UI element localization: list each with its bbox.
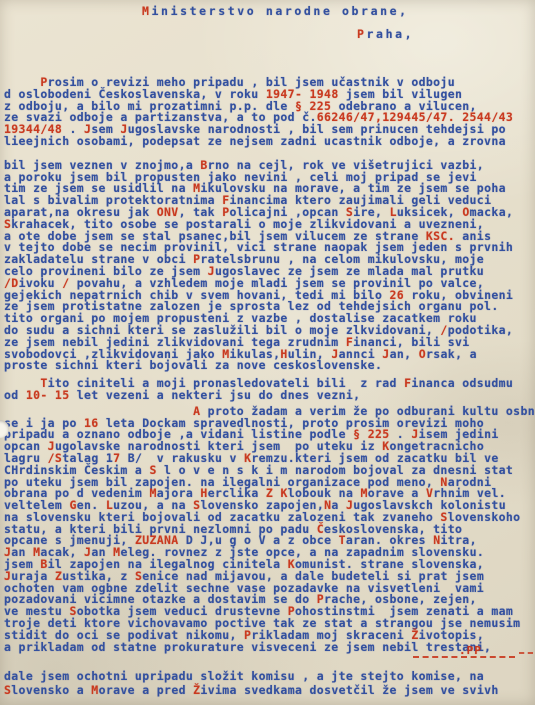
blue-ink-segment: dale jsem ochotni upripadu složit komisu…: [4, 669, 484, 683]
blue-ink-segment: lieejnich osobami, podepsat ze nejsem za…: [4, 134, 506, 148]
pp-annotation: .PP: [459, 644, 482, 657]
document-body: Prosim o revizi meho pripadu , bil jsem …: [4, 77, 535, 697]
text-line: dale jsem ochotni upripadu složit komisu…: [4, 671, 535, 683]
red-ink-segment: M: [142, 4, 152, 18]
red-ink-segment: J: [382, 347, 389, 361]
blue-ink-segment: a prikladam od statne prokurature visvec…: [4, 640, 491, 654]
text-line: Slovensko a Morave a pred Živima svedkam…: [4, 685, 535, 697]
blue-ink-segment: orave a pred: [99, 683, 194, 697]
document-title: Ministerstvo narodne obrane,: [142, 6, 409, 18]
text-line: a prikladam od statne prokurature visvec…: [4, 642, 535, 654]
red-ink-segment: 10- 15: [26, 388, 70, 402]
blue-ink-segment: lovensko a: [11, 683, 91, 697]
blue-ink-segment: ivima svedkama dosvetčil že jsem ve sviv…: [200, 683, 498, 697]
red-ink-segment: P: [357, 27, 367, 41]
blue-ink-segment: rsak, a: [426, 347, 477, 361]
place-line: Praha,: [357, 29, 414, 41]
blue-ink-segment: proste sichni kteri bojovali za nove ces…: [4, 358, 382, 372]
red-ink-segment: M: [91, 683, 98, 697]
text-line: proste sichni kteri bojovali za nove ces…: [4, 360, 535, 372]
blue-ink-segment: raha,: [367, 27, 415, 41]
blue-ink-segment: let vezeni a nekteri jsu do dnes vezni,: [69, 388, 360, 402]
text-line: od 10- 15 let vezeni a nekteri jsu do dn…: [4, 390, 535, 402]
red-dashed-line-tail: [519, 652, 533, 654]
blue-ink-segment: inisterstvo narodne obrane,: [152, 4, 409, 18]
blue-ink-segment: inanca odsudmu: [411, 376, 513, 390]
document-place: Praha,: [357, 29, 414, 41]
letter-scan: Ministerstvo narodne obrane, Praha, Pros…: [0, 0, 535, 705]
blue-ink-segment: od: [4, 388, 26, 402]
title-line: Ministerstvo narodne obrane,: [142, 6, 409, 18]
blue-ink-segment: an,: [390, 347, 419, 361]
red-ink-segment: O: [419, 347, 426, 361]
text-line: lieejnich osobami, podepsat ze nejsem za…: [4, 136, 535, 148]
